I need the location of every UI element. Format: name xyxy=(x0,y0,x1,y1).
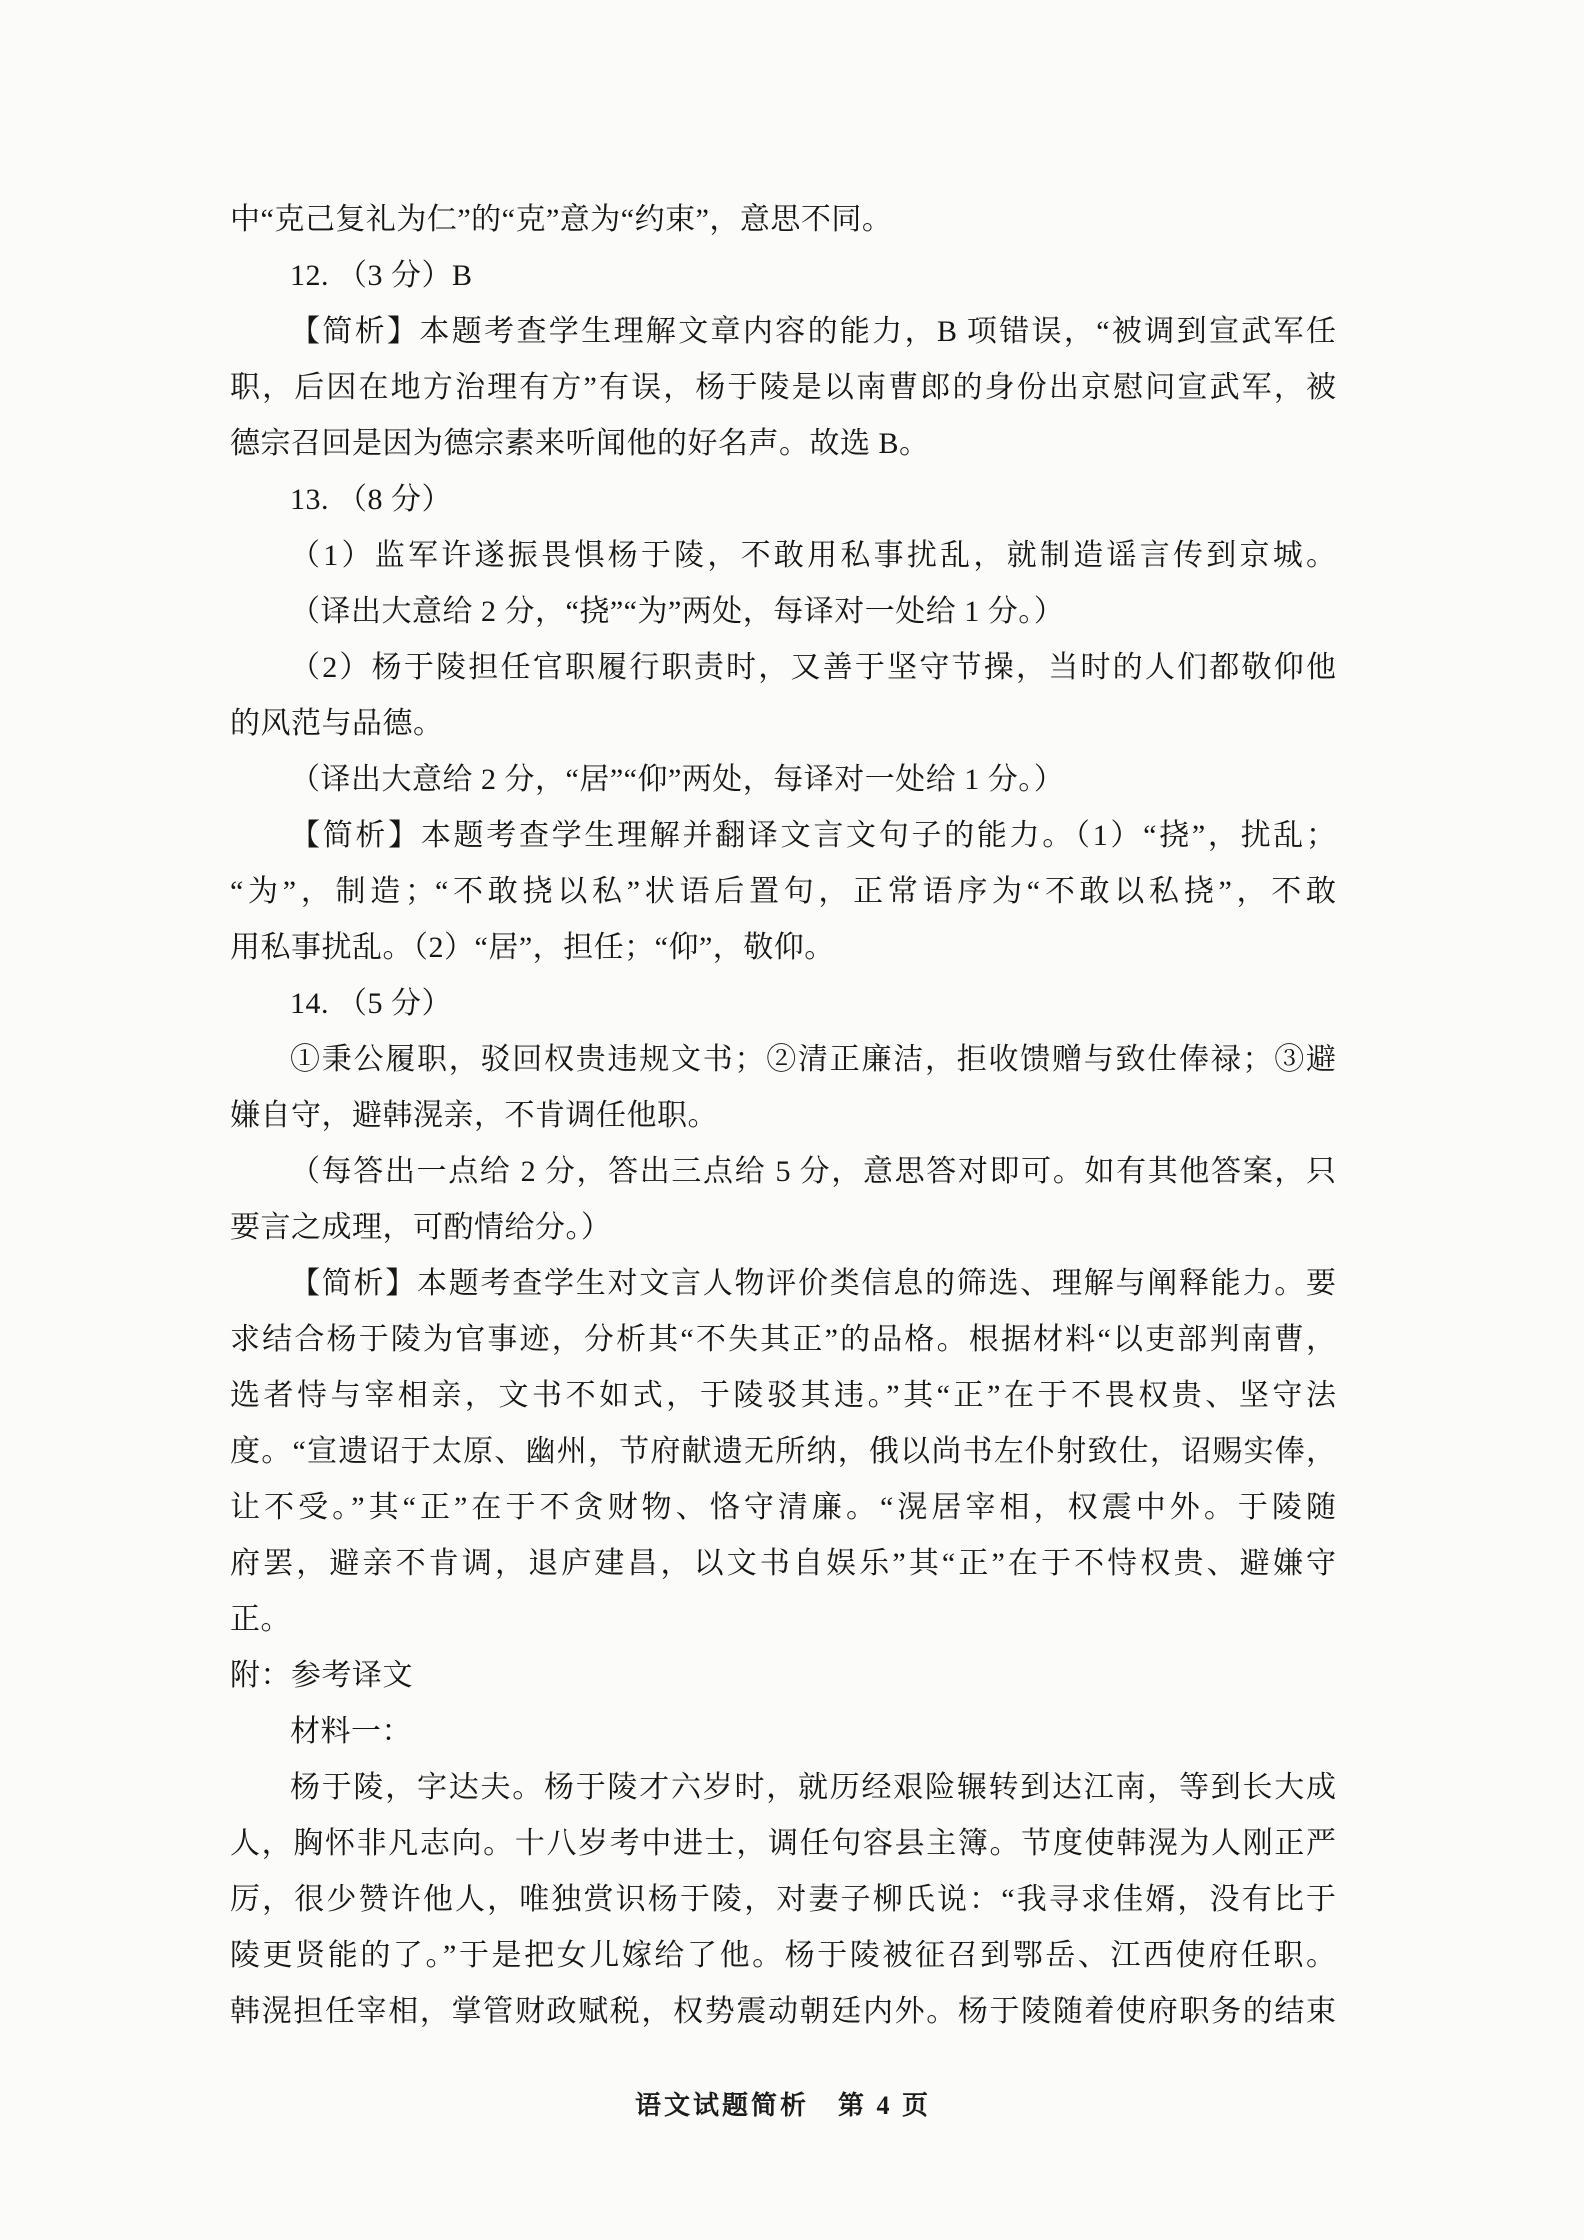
doc-line: （译出大意给 2 分，“挠”“为”两处，每译对一处给 1 分。） xyxy=(230,584,1336,640)
answer-sheet-body: 中“克己复礼为仁”的“克”意为“约束”，意思不同。 12. （3 分）B 【简析… xyxy=(230,192,1336,2040)
doc-line: 【简析】本题考查学生理解并翻译文言文句子的能力。（1）“挠”，扰乱； xyxy=(230,808,1336,864)
doc-line: 杨于陵，字达夫。杨于陵才六岁时，就历经艰险辗转到达江南，等到长大成 xyxy=(230,1760,1336,1816)
doc-line-question-13: 13. （8 分） xyxy=(230,472,1336,528)
doc-line-material-1-label: 材料一： xyxy=(230,1704,1336,1760)
doc-line: （每答出一点给 2 分，答出三点给 5 分，意思答对即可。如有其他答案，只 xyxy=(230,1144,1336,1200)
document-page: 中“克己复礼为仁”的“克”意为“约束”，意思不同。 12. （3 分）B 【简析… xyxy=(0,0,1584,2240)
doc-line: 嫌自守，避韩滉亲，不肯调任他职。 xyxy=(230,1088,1336,1144)
doc-line: 中“克己复礼为仁”的“克”意为“约束”，意思不同。 xyxy=(230,192,1336,248)
doc-line: 让不受。”其“正”在于不贪财物、恪守清廉。“滉居宰相，权震中外。于陵随 xyxy=(230,1480,1336,1536)
doc-line: 陵更贤能的了。”于是把女儿嫁给了他。杨于陵被征召到鄂岳、江西使府任职。 xyxy=(230,1928,1336,1984)
doc-line-appendix-title: 附：参考译文 xyxy=(230,1648,1336,1704)
doc-line: 德宗召回是因为德宗素来听闻他的好名声。故选 B。 xyxy=(230,416,1336,472)
doc-line: 人，胸怀非凡志向。十八岁考中进士，调任句容县主簿。节度使韩滉为人刚正严 xyxy=(230,1816,1336,1872)
doc-line: 要言之成理，可酌情给分。） xyxy=(230,1200,1336,1256)
doc-line: 度。“宣遗诏于太原、幽州，节府献遗无所纳，俄以尚书左仆射致仕，诏赐实俸， xyxy=(230,1424,1336,1480)
doc-line: 韩滉担任宰相，掌管财政赋税，权势震动朝廷内外。杨于陵随着使府职务的结束 xyxy=(230,1984,1336,2040)
doc-line: “为”，制造；“不敢挠以私”状语后置句，正常语序为“不敢以私挠”，不敢 xyxy=(230,864,1336,920)
doc-line: （1）监军许遂振畏惧杨于陵，不敢用私事扰乱，就制造谣言传到京城。 xyxy=(230,528,1336,584)
page-footer: 语文试题简析 第 4 页 xyxy=(230,2085,1336,2122)
doc-line: 正。 xyxy=(230,1592,1336,1648)
doc-line: ①秉公履职，驳回权贵违规文书；②清正廉洁，拒收馈赠与致仕俸禄；③避 xyxy=(230,1032,1336,1088)
doc-line: （译出大意给 2 分，“居”“仰”两处，每译对一处给 1 分。） xyxy=(230,752,1336,808)
doc-line: 【简析】本题考查学生理解文章内容的能力，B 项错误，“被调到宣武军任 xyxy=(230,304,1336,360)
doc-line: 职，后因在地方治理有方”有误，杨于陵是以南曹郎的身份出京慰问宣武军，被 xyxy=(230,360,1336,416)
doc-line: 府罢，避亲不肯调，退庐建昌，以文书自娱乐”其“正”在于不恃权贵、避嫌守 xyxy=(230,1536,1336,1592)
doc-line: 选者恃与宰相亲，文书不如式，于陵驳其违。”其“正”在于不畏权贵、坚守法 xyxy=(230,1368,1336,1424)
doc-line: （2）杨于陵担任官职履行职责时，又善于坚守节操，当时的人们都敬仰他 xyxy=(230,640,1336,696)
doc-line: 【简析】本题考查学生对文言人物评价类信息的筛选、理解与阐释能力。要 xyxy=(230,1256,1336,1312)
doc-line: 的风范与品德。 xyxy=(230,696,1336,752)
doc-line: 求结合杨于陵为官事迹，分析其“不失其正”的品格。根据材料“以吏部判南曹， xyxy=(230,1312,1336,1368)
doc-line-question-12: 12. （3 分）B xyxy=(230,248,1336,304)
doc-line-question-14: 14. （5 分） xyxy=(230,976,1336,1032)
doc-line: 用私事扰乱。（2）“居”，担任；“仰”，敬仰。 xyxy=(230,920,1336,976)
doc-line: 厉，很少赞许他人，唯独赏识杨于陵，对妻子柳氏说：“我寻求佳婿，没有比于 xyxy=(230,1872,1336,1928)
